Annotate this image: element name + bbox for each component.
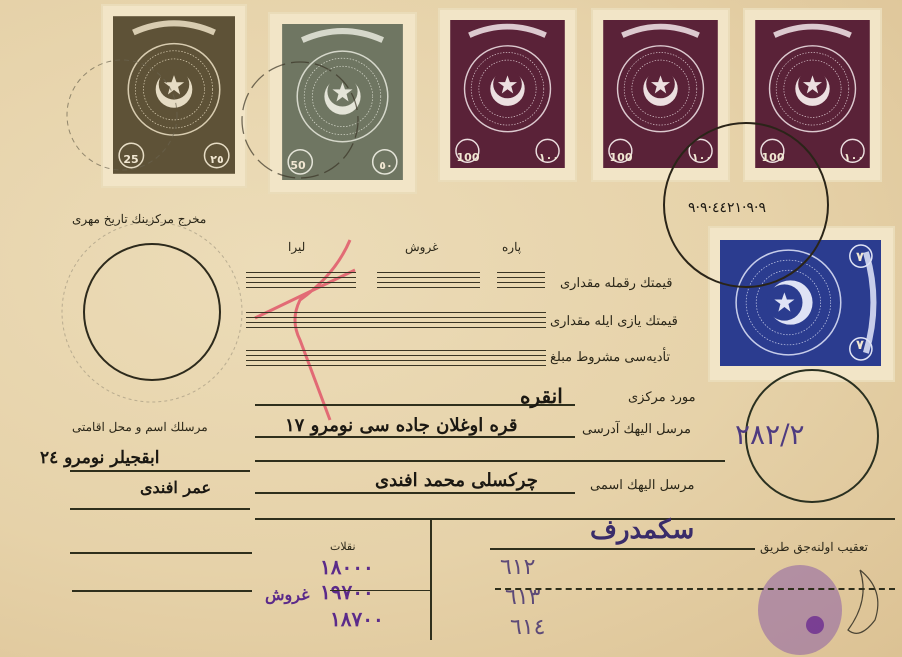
recipient-name-value: چرکسلى محمد افندى — [375, 470, 538, 491]
route-number-1: ٦١٢ — [500, 555, 535, 580]
label-follow-up: تعقيب اولنه‌جق طريق — [760, 540, 868, 554]
stamp-blue: ٧ ٧ — [710, 228, 893, 380]
transport-note: غروش — [265, 585, 309, 604]
label-destination: مورد مركزى — [628, 390, 696, 405]
sender-line1: ابقجيلر نومرو ٢٤ — [40, 448, 159, 468]
col-header-lira: ليرا — [288, 240, 305, 254]
transport-value-2: ١٩٧٠٠ — [320, 580, 374, 604]
stamp-value-latin: 25 — [118, 153, 144, 166]
stamp-value-arabic: ١٠٠ — [839, 151, 869, 164]
transport-value-1: ١٨٠٠٠ — [320, 555, 374, 579]
stamp-100-a: 100 ١٠٠ — [440, 10, 575, 180]
crescent-star-icon — [450, 20, 565, 168]
circle-mark: ٢٨٢/٢ — [735, 418, 805, 451]
label-recipient-address: مرسل اليهك آدرسى — [582, 422, 691, 437]
stamp-value-arabic: ٧ — [850, 250, 870, 265]
label-value-figures: قيمتك رقمله مقدارى — [560, 276, 673, 291]
crescent-star-icon — [755, 20, 870, 168]
stamp-100-b: 100 ١٠٠ — [593, 10, 728, 180]
stamp-value-latin: 100 — [606, 151, 636, 164]
recipient-address-value: قره اوغلان جاده سى نومرو ١٧ — [285, 415, 517, 436]
stamp-50: 50 ٥٠ — [270, 14, 415, 192]
crescent-star-icon — [113, 16, 235, 174]
stamp-value-latin: 100 — [758, 151, 788, 164]
route-number-2: ٦١٣ — [505, 585, 540, 610]
stamp-value-arabic: ٥٠ — [373, 159, 399, 172]
stamp-value-latin: 50 — [285, 159, 311, 172]
destination-value: انقره — [520, 384, 563, 408]
label-recipient-name: مرسل اليهك اسمى — [590, 478, 694, 493]
transport-value-3: ١٨٧٠٠ — [330, 607, 384, 631]
postmark-date: ٩·٩·٤٤٢١·٩·٩ — [688, 200, 766, 216]
stamp-value-arabic: ١٠٠ — [534, 151, 564, 164]
stamp-25: 25 ٢٥ — [103, 6, 245, 186]
stamp-value-latin: 100 — [453, 151, 483, 164]
label-cod-amount: تأديه‌سى مشروط مبلغ — [550, 350, 670, 365]
sender-label: مرسلك اسم و محل اقامتى — [72, 420, 208, 434]
stamp-value-arabic-lower: ٧ — [850, 338, 870, 353]
col-header-para: پاره — [502, 240, 521, 254]
postal-card: 25 ٢٥ 50 ٥٠ 100 ١٠٠ — [0, 0, 902, 657]
follow-up-route: سكمدرف — [590, 515, 694, 545]
stamp-value-arabic: ٢٥ — [204, 153, 230, 166]
label-transport: نقلات — [330, 540, 356, 553]
origin-stamp-caption: مخرج مركزينك تاريخ مهرى — [72, 212, 206, 226]
stamp-value-arabic: ١٠٠ — [687, 151, 717, 164]
col-header-kurus: غروش — [405, 240, 438, 254]
label-value-words: قيمتك يازى ايله مقدارى — [550, 314, 678, 329]
transport-divider — [430, 520, 432, 640]
sender-line2: عمر افندى — [140, 478, 211, 497]
crescent-star-icon — [280, 24, 405, 180]
stamp-100-c: 100 ١٠٠ — [745, 10, 880, 180]
route-number-3: ٦١٤ — [510, 615, 545, 640]
crescent-star-icon — [603, 20, 718, 168]
